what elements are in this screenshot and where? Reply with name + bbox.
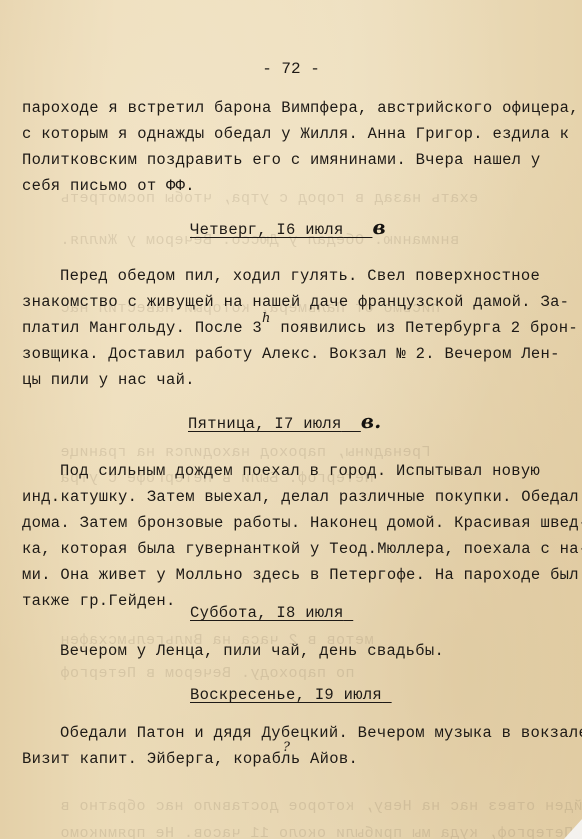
text-line: ка, которая была гувернанткой у Теод.Мюл… [22, 540, 582, 558]
handwritten-mark: в [372, 215, 385, 239]
text-line: Визит капит. Эйберга, корабль Айов. [22, 750, 358, 768]
text-line: инд.катушку. Затем выехал, делал различн… [22, 488, 579, 506]
text-line: знакомство с живущей на нашей даче франц… [22, 293, 569, 311]
text-line: цы пили у нас чай. [22, 371, 195, 389]
heading-text: Пятница, I7 июля [188, 415, 342, 433]
text-line: платил Мангольду. После 3h появились из … [22, 319, 578, 337]
text-line: себя письмо от ФФ. [22, 177, 195, 195]
text-line: Под сильным дождем поехал в город. Испыт… [60, 462, 540, 480]
text-line: Вечером у Ленца, пили чай, день свадьбы. [60, 642, 444, 660]
text-line: дома. Затем бронзовые работы. Наконец до… [22, 514, 582, 532]
heading-text: Воскресенье, I9 июля [190, 686, 382, 704]
text-line: зовщика. Доставил работу Алекс. Вокзал №… [22, 345, 560, 363]
text-line: Обедали Патон и дядя Дубецкий. Вечером м… [60, 724, 582, 742]
text-line: с которым я однажды обедал у Жилля. Анна… [22, 125, 569, 143]
text-segment: появились из Петербурга 2 брон- [280, 319, 578, 337]
entry-heading-saturday: Суббота, I8 июля [190, 604, 353, 622]
entry-heading-sunday: Воскресенье, I9 июля [190, 686, 392, 704]
handwritten-superscript: h [262, 311, 271, 326]
handwritten-mark: в. [361, 409, 382, 433]
heading-text: Четверг, I6 июля [190, 221, 344, 239]
entry-heading-friday: Пятница, I7 июля в. [188, 409, 382, 433]
entry-heading-thursday: Четверг, I6 июля в [190, 215, 386, 239]
text-line: Политковским поздравить его с имянинами.… [22, 151, 540, 169]
document-page: ехать назад в город с утра, чтобы посмот… [0, 0, 582, 839]
text-line: также гр.Гейден. [22, 592, 176, 610]
text-line: пароходе я встретил барона Вимпфера, авс… [22, 99, 579, 117]
text-line: ми. Она живет у Молльно здесь в Петергоф… [22, 566, 579, 584]
heading-text: Суббота, I8 июля [190, 604, 344, 622]
page-number: - 72 - [0, 60, 582, 78]
text-line: Перед обедом пил, ходил гулять. Свел пов… [60, 267, 540, 285]
text-segment: платил Мангольду. После 3 [22, 319, 262, 337]
torn-corner [564, 819, 582, 839]
